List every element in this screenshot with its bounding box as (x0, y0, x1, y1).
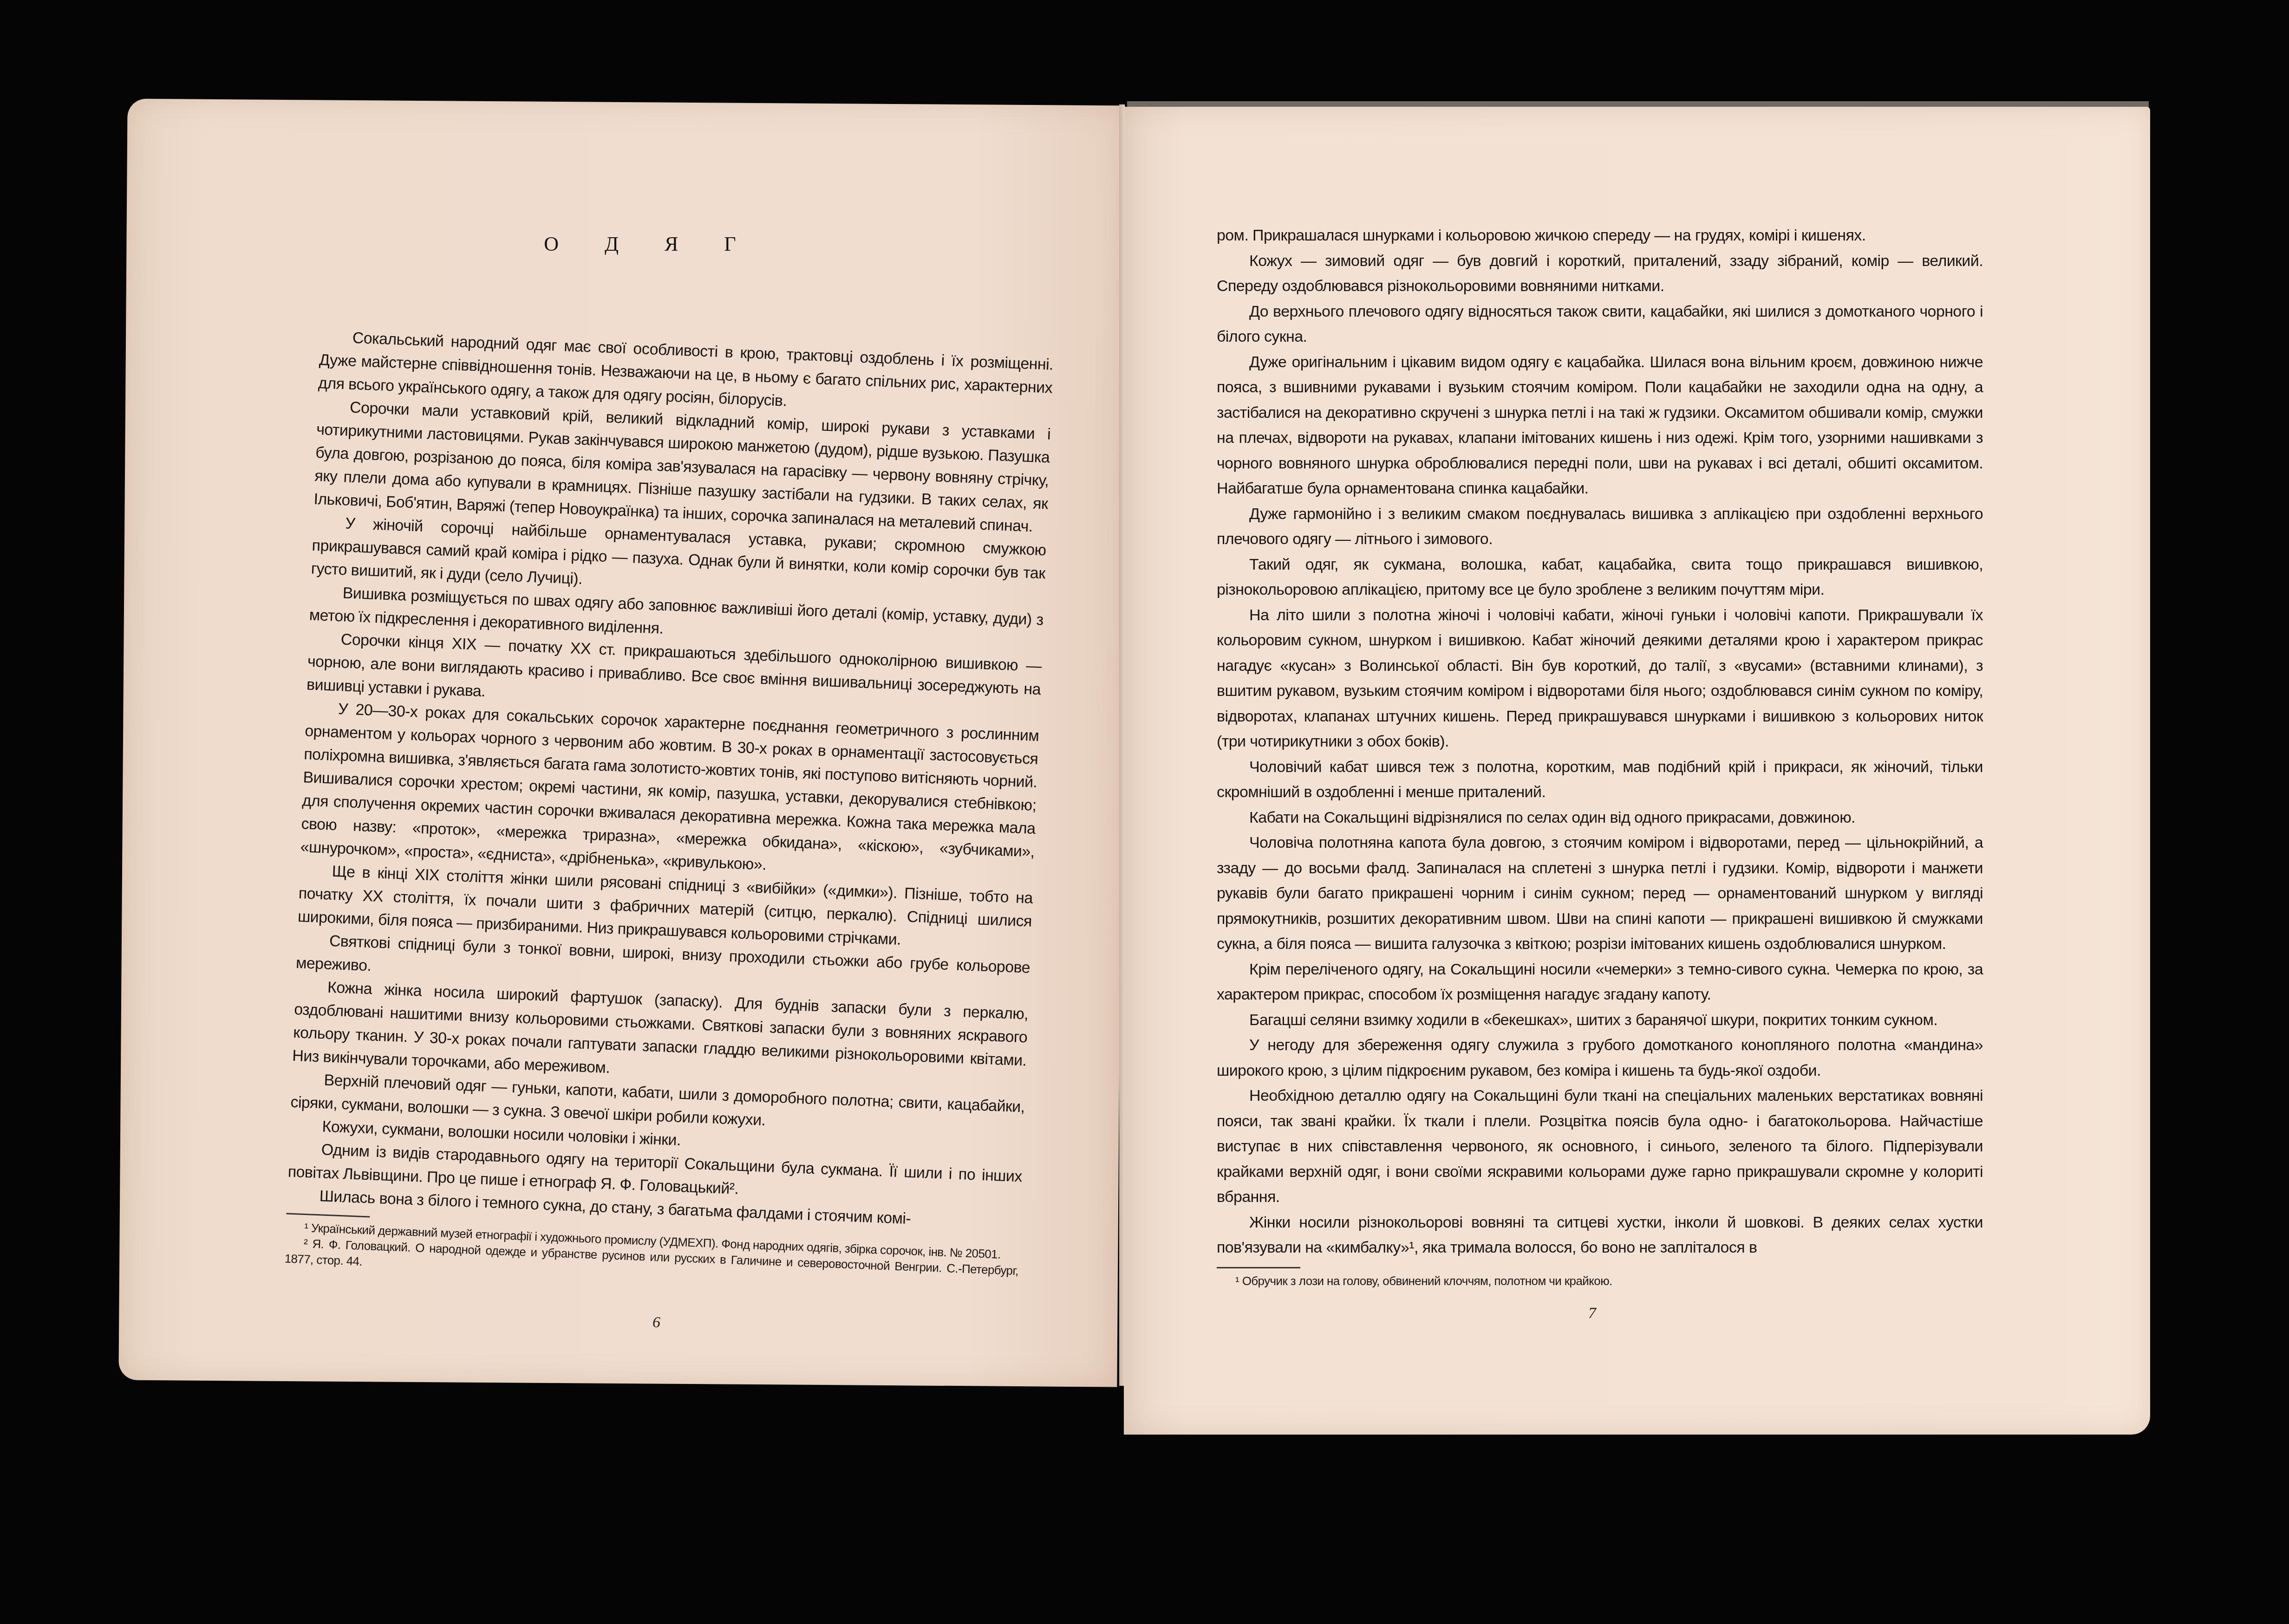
paragraph: Багацші селяни взимку ходили в «бекешках… (1217, 1007, 1983, 1033)
paragraph: Чоловічий кабат шився теж з полотна, кор… (1217, 754, 1983, 805)
paragraph: Дуже оригінальним і цікавим видом одягу … (1217, 350, 1983, 501)
footnote: ¹ Обручик з лози на голову, обвинений кл… (1217, 1273, 1983, 1289)
page-title: О Д Я Г (511, 232, 789, 256)
paragraph: Такий одяг, як сукмана, волошка, кабат, … (1217, 552, 1983, 603)
paragraph: На літо шили з полотна жіночі і чоловічі… (1217, 603, 1983, 754)
paragraph: Необхідною деталлю одягу на Сокальщині б… (1217, 1083, 1983, 1210)
paragraph: До верхнього плечового одягу відносяться… (1217, 299, 1983, 350)
left-page-body: Сокальський народний одяг має свої особл… (284, 325, 1054, 1294)
paragraph: Крім переліченого одягу, на Сокальщині н… (1217, 957, 1983, 1007)
footnotes: ¹ Обручик з лози на голову, обвинений кл… (1217, 1273, 1983, 1289)
paragraph: У 20—30-х роках для сокальських сорочок … (300, 696, 1039, 886)
paragraph: Жінки носили різнокольорові вовняні та с… (1217, 1210, 1983, 1260)
paragraph: У негоду для збереження одягу служила з … (1217, 1033, 1983, 1083)
footnote-divider (1217, 1267, 1300, 1268)
right-page-body: ром. Прикрашалася шнурками і кольоровою … (1217, 223, 1983, 1289)
paragraph: Кабати на Сокальщині відрізнялися по сел… (1217, 805, 1983, 831)
paragraph: Чоловіча полотняна капота була довгою, з… (1217, 830, 1983, 957)
paragraph: Кожух — зимовий одяг — був довгий і коро… (1217, 248, 1983, 299)
book-spine (1119, 104, 1125, 1386)
footnote-divider (286, 1213, 370, 1218)
page-number: 7 (1588, 1305, 1596, 1322)
page-number: 6 (652, 1314, 660, 1332)
paragraph: Дуже гармонійно і з великим смаком поєдн… (1217, 501, 1983, 552)
paragraph: ром. Прикрашалася шнурками і кольоровою … (1217, 223, 1983, 248)
